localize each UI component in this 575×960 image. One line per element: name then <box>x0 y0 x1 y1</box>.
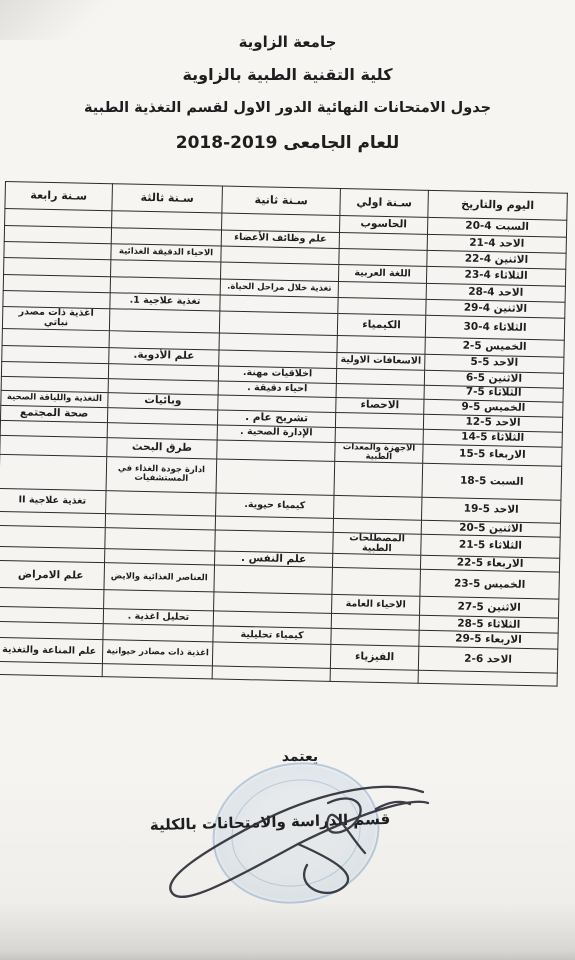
subject-cell: اغذية ذات مصادر حيوانية <box>102 640 212 666</box>
exam-table-body: السبت 4-20الحاسوبالاحد 4-21علم وظائف الأ… <box>0 208 567 686</box>
subject-cell: الحاسوب <box>339 215 427 234</box>
subject-cell: ادارة جودة الغذاء في المستشفيات <box>106 457 217 493</box>
column-header: سـنة ثانية <box>222 186 341 215</box>
date-cell: الخميس 5-23 <box>420 570 560 600</box>
subject-cell <box>104 590 214 611</box>
subject-cell <box>331 629 419 647</box>
subject-cell: طرق البحث <box>107 437 217 459</box>
subject-cell: تغذية علاجية II <box>0 488 106 513</box>
column-header: اليوم والتاريخ <box>428 190 568 220</box>
date-cell: السبت 5-18 <box>422 463 562 500</box>
subject-cell: العناصر الغذائية والايض <box>104 563 215 592</box>
column-header: سـنة رابعة <box>5 181 113 210</box>
academic-year-line: للعام الجامعى 2019-2018 <box>0 133 575 153</box>
schedule-title: جدول الامتحانات النهائية الدور الاول لقس… <box>0 100 575 116</box>
subject-cell <box>0 588 104 609</box>
subject-cell: الفيزياء <box>330 645 418 671</box>
subject-cell <box>0 525 105 549</box>
subject-cell <box>217 439 335 461</box>
subject-cell <box>214 592 332 613</box>
subject-cell: اغذية ذات مصدر نباتي <box>2 306 109 330</box>
exam-schedule-table-wrap: اليوم والتاريخسـنة اوليسـنة ثانيةسـنة ثا… <box>0 181 568 687</box>
university-title: جامعة الزاوية <box>0 33 575 51</box>
subject-cell: علم الامراض <box>0 561 105 590</box>
subject-cell: الكيمياء <box>337 313 425 336</box>
subject-cell <box>339 232 427 250</box>
subject-cell <box>219 311 337 335</box>
approval-footer: يعتمد قسم الدراسة والامتحانات بالكلية <box>0 735 575 945</box>
subject-cell <box>330 669 418 684</box>
subject-cell <box>109 309 219 333</box>
subject-cell <box>212 642 330 668</box>
subject-cell: اللغة العربية <box>338 264 426 283</box>
subject-cell <box>212 666 330 681</box>
subject-cell <box>334 495 422 520</box>
subject-cell: كيمياء حيوية. <box>216 493 334 518</box>
signature-scribble <box>138 757 444 917</box>
date-cell <box>418 671 557 687</box>
subject-cell: المصطلحات الطبية <box>333 532 421 555</box>
column-header: سـنة اولي <box>340 189 429 218</box>
subject-cell: الاحياء العامة <box>332 595 420 616</box>
college-title: كلية التقنية الطبية بالزاوية <box>0 65 575 84</box>
date-cell: الثلاثاء 4-30 <box>425 315 564 339</box>
subject-cell <box>216 459 335 495</box>
subject-cell <box>332 568 421 597</box>
column-header: سـنة ثالثة <box>112 184 223 213</box>
scanned-exam-schedule-page: جامعة الزاوية كلية التقنية الطبية بالزاو… <box>0 0 575 960</box>
subject-cell <box>338 297 426 315</box>
subject-cell <box>102 664 212 679</box>
subject-cell <box>214 565 333 594</box>
subject-cell <box>338 281 426 299</box>
date-cell: الاحد 6-2 <box>418 647 557 674</box>
subject-cell <box>0 454 107 490</box>
exam-schedule-table: اليوم والتاريخسـنة اوليسـنة ثانيةسـنة ثا… <box>0 181 568 687</box>
subject-cell <box>0 662 102 677</box>
subject-cell <box>106 491 216 516</box>
subject-cell <box>215 530 333 554</box>
subject-cell: الاسعافات الاولية <box>337 352 425 370</box>
date-cell: الثلاثاء 5-21 <box>421 534 560 558</box>
subject-cell <box>0 435 107 457</box>
subject-cell <box>334 461 423 497</box>
subject-cell <box>105 527 215 551</box>
date-cell: الاحد 5-19 <box>421 497 560 523</box>
subject-cell <box>339 248 427 266</box>
subject-cell: علم المناعة والتغذية <box>0 638 103 664</box>
subject-cell <box>337 335 425 354</box>
subject-cell: الاجهزة والمعدات الطبية <box>335 442 423 463</box>
